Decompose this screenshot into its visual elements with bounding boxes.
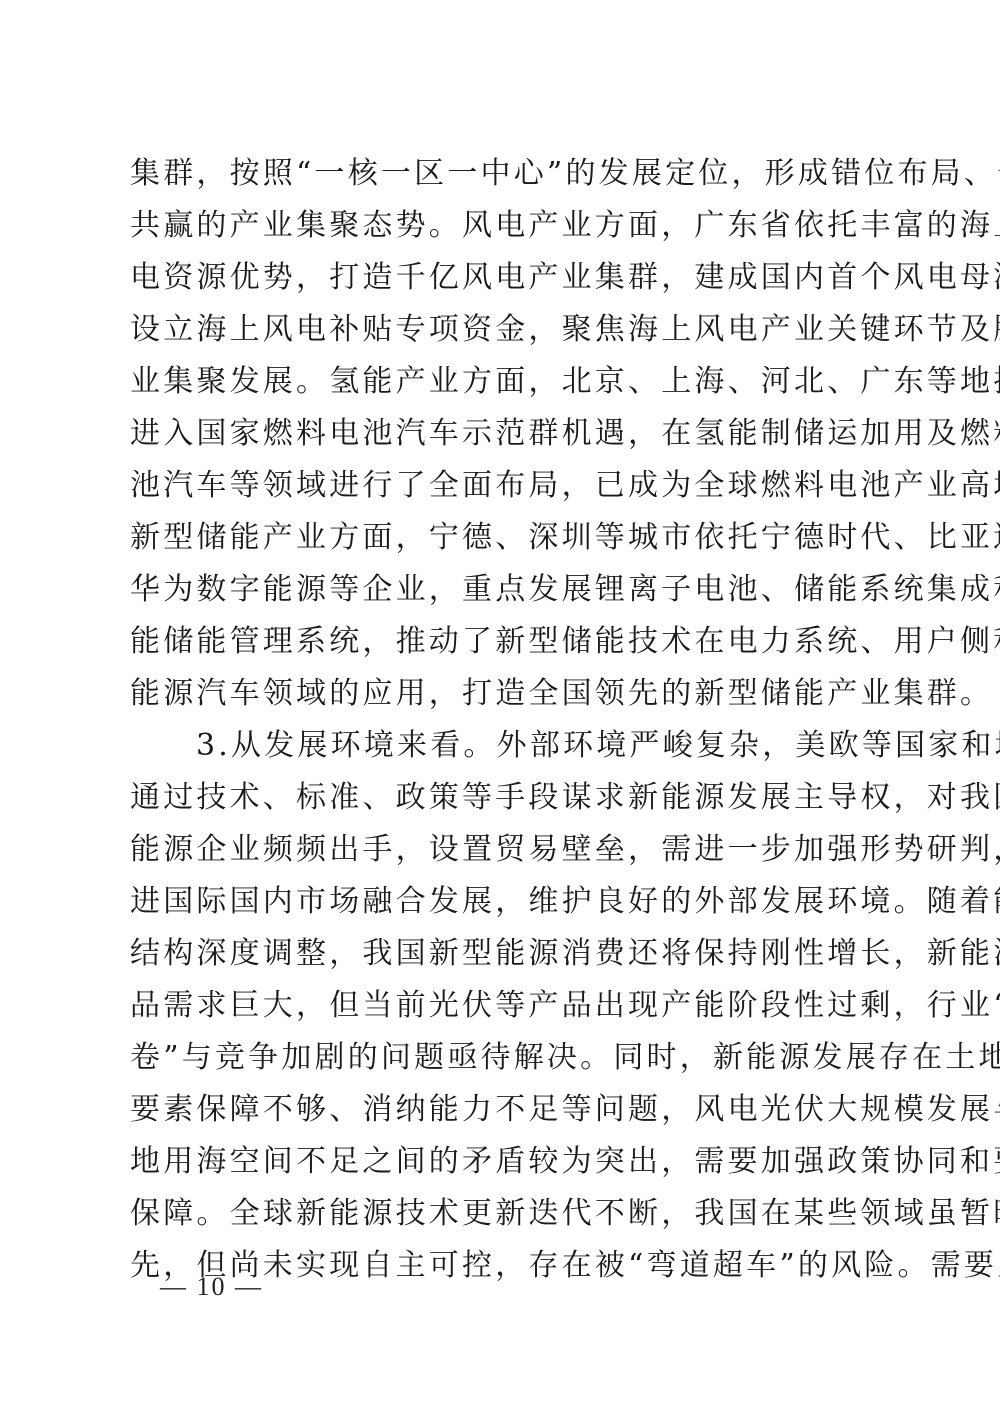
body-text: 集群，按照“一核一区一中心”的发展定位，形成错位布局、合作 共赢的产业集聚态势。… bbox=[130, 148, 870, 1292]
page-number: — 10 — bbox=[160, 1272, 263, 1302]
text-line: 池汽车等领域进行了全面布局，已成为全球燃料电池产业高地。 bbox=[130, 460, 870, 512]
text-line: 能储能管理系统，推动了新型储能技术在电力系统、用户侧和新 bbox=[130, 616, 870, 668]
text-line: 要素保障不够、消纳能力不足等问题，风电光伏大规模发展与用 bbox=[130, 1084, 870, 1136]
text-line: 品需求巨大，但当前光伏等产品出现产能阶段性过剩，行业“内 bbox=[130, 980, 870, 1032]
text-line: 结构深度调整，我国新型能源消费还将保持刚性增长，新能源产 bbox=[130, 928, 870, 980]
text-line: 保障。全球新能源技术更新迭代不断，我国在某些领域虽暂时领 bbox=[130, 1188, 870, 1240]
text-line: 地用海空间不足之间的矛盾较为突出，需要加强政策协同和要素 bbox=[130, 1136, 870, 1188]
text-line: 集群，按照“一核一区一中心”的发展定位，形成错位布局、合作 bbox=[130, 148, 870, 200]
text-line: 进国际国内市场融合发展，维护良好的外部发展环境。随着能源 bbox=[130, 876, 870, 928]
text-line: 进入国家燃料电池汽车示范群机遇，在氢能制储运加用及燃料电 bbox=[130, 408, 870, 460]
text-line: 能源企业频频出手，设置贸易壁垒，需进一步加强形势研判，促 bbox=[130, 824, 870, 876]
section-heading-line: 3.从发展环境来看。外部环境严峻复杂，美欧等国家和地区 bbox=[130, 720, 870, 772]
text-line: 设立海上风电补贴专项资金，聚焦海上风电产业关键环节及服务 bbox=[130, 304, 870, 356]
text-line: 共赢的产业集聚态势。风电产业方面，广东省依托丰富的海上风 bbox=[130, 200, 870, 252]
text-line: 华为数字能源等企业，重点发展锂离子电池、储能系统集成和智 bbox=[130, 564, 870, 616]
text-line: 卷”与竞争加剧的问题亟待解决。同时，新能源发展存在土地等 bbox=[130, 1032, 870, 1084]
text-line: 业集聚发展。氢能产业方面，北京、上海、河北、广东等地抢抓 bbox=[130, 356, 870, 408]
document-page: 集群，按照“一核一区一中心”的发展定位，形成错位布局、合作 共赢的产业集聚态势。… bbox=[0, 0, 1000, 1414]
text-line: 新型储能产业方面，宁德、深圳等城市依托宁德时代、比亚迪、 bbox=[130, 512, 870, 564]
text-line: 电资源优势，打造千亿风电产业集群，建成国内首个风电母港， bbox=[130, 252, 870, 304]
text-line: 能源汽车领域的应用，打造全国领先的新型储能产业集群。 bbox=[130, 668, 870, 720]
text-line: 通过技术、标准、政策等手段谋求新能源发展主导权，对我国新 bbox=[130, 772, 870, 824]
